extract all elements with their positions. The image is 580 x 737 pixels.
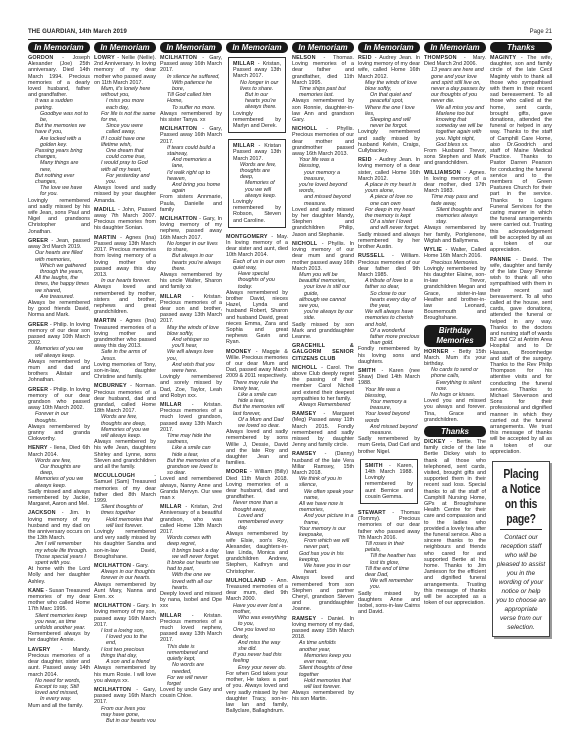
- promo-divider: [500, 529, 542, 530]
- verse-line: you're always by our side.: [299, 309, 354, 321]
- section-header-in-memoriam: In Memoriam: [292, 42, 354, 53]
- notice-body: - Karen, 14th March 1988. Lovingly remem…: [365, 463, 413, 500]
- verse-line: And bring you home again: [167, 182, 222, 194]
- verse-line: A piece of love no one can own: [365, 194, 420, 206]
- notice-name: RUSSELL: [358, 253, 385, 259]
- notice-name: MCILHATTON: [94, 687, 131, 693]
- verse-line: Like a smile can hide a tear,: [233, 392, 288, 404]
- verse-line: Have special thoughts of you today.: [233, 271, 288, 290]
- verse-line: Your life was a blessing,: [299, 157, 354, 169]
- verse-line: Passing years bring changes,: [35, 148, 90, 160]
- verse-line: Forever in our thoughts.: [35, 411, 90, 423]
- verse-line: We will remember you.: [365, 578, 420, 590]
- notice-tail: Sadly remembered by mum Greta, Dad Carl …: [358, 436, 420, 455]
- notice-tail: Always loved and sadly missed by your da…: [94, 185, 156, 204]
- notice-tail: Always loved and remembered by mother, s…: [94, 284, 156, 315]
- verse-line: In silence he suffered,: [167, 74, 222, 80]
- notice-entry: MCILHATTON - Gary, Passed away 16th Marc…: [160, 55, 222, 123]
- notice-name: RAMSEY: [292, 411, 316, 417]
- masthead: THE GUARDIAN, 14th March 2019 Page 21: [28, 28, 552, 40]
- verse-line: But in our hearts you still live on: [101, 718, 156, 722]
- verse-line: With patience he bore,: [167, 80, 222, 92]
- notice-verse: It was a sudden parting.Goodbye was not …: [28, 98, 90, 197]
- notice-entry: MILLAR - Kristan. Precious memories of a…: [160, 402, 222, 501]
- verse-line: Have you ever lost a mother,: [233, 603, 288, 615]
- notice-verse: Silent thoughts of times togetherHold me…: [94, 504, 156, 529]
- notice-verse: If tears could build a stairway,And memo…: [160, 145, 222, 195]
- verse-line: May the winds of love blow softly,: [167, 325, 222, 337]
- notice-name: MCILHATTON: [160, 55, 197, 61]
- notice-entry: MILLAR - Kristan, 2nd Anniversary of a b…: [160, 504, 222, 609]
- notice-verse: No need for words, Except to say, Still …: [28, 678, 90, 703]
- verse-line: Who was everything to you,: [233, 615, 288, 627]
- verse-line: But the memories we have if you,: [35, 123, 90, 135]
- notice-entry: MILLAR - Kristan Passed away 13th March …: [228, 139, 286, 228]
- verse-line: Everything is silent now.: [431, 380, 486, 392]
- notice-entry: STEWART - Thomas (Tommy). Precious memor…: [358, 510, 420, 615]
- verse-line: May the winds of love blow softly,: [365, 80, 420, 92]
- notice-verse: Mum, it's lonely here without you,I miss…: [94, 86, 156, 185]
- notice-verse: No longer in our lives to share.But in o…: [233, 80, 281, 111]
- notice-entry: HORNER - Betty 15th March. Mum it's your…: [424, 349, 486, 423]
- notice-verse: There may rule the lonely tear,Like a sm…: [226, 380, 288, 430]
- column-3: In MemoriamMCILHATTON - Gary, Passed awa…: [160, 42, 222, 722]
- verse-line: your love is still our guide,: [299, 284, 354, 296]
- notice-name: PANNIE: [490, 257, 511, 263]
- verse-line: I loved you to the end,: [101, 634, 156, 646]
- placing-notice-promo: Placing a Notice on this page?Contact ou…: [492, 461, 550, 637]
- verse-line: No need for words, Except to say, Still …: [35, 678, 90, 697]
- notice-tail: Always remembered by brother David, niec…: [226, 290, 288, 346]
- verse-line: But always in our hearts you're always t…: [167, 253, 222, 272]
- notice-tail: Always remembered by granny and granda C…: [28, 424, 90, 443]
- notice-verse: Mum you will be beautiful memories,your …: [292, 272, 354, 322]
- verse-line: Safe in the arms of Jesus.: [101, 349, 156, 361]
- verse-line: For we will never forget: [167, 675, 222, 687]
- verse-line: Where the one I love lies,: [365, 105, 420, 117]
- verse-line: Never more than a thought away,: [233, 500, 288, 512]
- notice-entry: HENRY - Ilena, Died 6th March 2014.Words…: [28, 445, 90, 507]
- notice-tail: Lovingly remembered and sadly missed by …: [28, 198, 90, 235]
- verse-line: Of a sister I loved and will never forge…: [365, 219, 420, 231]
- notice-name: HENRY: [28, 445, 48, 451]
- notice-entry: REID - Audrey Jean. In loving memory of …: [358, 157, 420, 250]
- column-4: In MemoriamMILLAR - Kristan, Passed away…: [226, 42, 288, 722]
- verse-line: But the memories will last forever,: [233, 404, 288, 416]
- notice-verse: Time may pass and fade away,Silent thoug…: [424, 194, 486, 225]
- verse-line: Your loved beyond words: [365, 411, 420, 423]
- verse-line: No words are needed,: [167, 662, 222, 674]
- verse-line: It broke our hearts we had to part,: [167, 560, 222, 572]
- notice-tail: Loved and sadly missed by her daughter M…: [292, 207, 354, 238]
- notice-tail: Always remembered by his mum Rosie. I wi…: [94, 665, 156, 684]
- verse-line: We think of you in silence,: [299, 476, 354, 488]
- notice-name: MILLAR: [160, 402, 182, 408]
- verse-line: Memories of you we will always keep.: [240, 180, 281, 199]
- verse-line: Time may pass and fade away,: [431, 194, 486, 206]
- notice-name: MILLAR: [160, 294, 182, 300]
- notice-entry: MCCULLOUGH - Samuel (Sam) Treasured memo…: [94, 473, 156, 560]
- notice-name: MADILL: [94, 207, 116, 213]
- notice-entry: PANNIE - David. The wife, daughter and f…: [490, 257, 552, 456]
- notice-name: KANE: [28, 588, 44, 594]
- verse-line: All we have now is memories,: [299, 501, 354, 513]
- promo-headline: Placing a Notice on this page?: [501, 466, 541, 526]
- verse-line: Always Remembered: [299, 402, 354, 408]
- notice-verse: A tribute of love to a father so dear,So…: [358, 278, 420, 346]
- notice-tail: At home with the Lord Molly and her daug…: [28, 566, 90, 585]
- notice-name: MCBURNEY: [94, 383, 127, 389]
- section-header-in-memoriam: In Memoriam: [358, 42, 420, 53]
- verse-line: No longer in our lives to share.: [240, 80, 281, 92]
- notice-verse: Time may hide the sadness,Like a smile c…: [160, 433, 222, 476]
- notice-name: MCILHATTON: [94, 563, 131, 569]
- notice-tail: Sadly missed and always remembered by Ja…: [28, 489, 90, 508]
- verse-line: Time ships past but memories last.: [299, 86, 354, 98]
- notice-name: MOONEY: [226, 349, 251, 355]
- notice-name: GORDON: [28, 55, 53, 61]
- notice-entry: SMITH - Karen, 14th March 1988. Lovingly…: [360, 459, 418, 504]
- column-2: In MemoriamLOWRY - Nellie (Nellie). 2nd …: [94, 42, 156, 722]
- notice-tail: Always remembered by his son Martin.: [292, 690, 354, 702]
- verse-line: We will always love you,: [167, 349, 222, 361]
- notice-verse: 13 years are here and gone and your love…: [424, 67, 486, 148]
- verse-line: Till roses in their petals,: [365, 541, 420, 553]
- notice-verse: Each of us in our own quiet way,Have spe…: [226, 259, 288, 290]
- notice-entry: MILLAR - Kristan. Precious memories of a…: [160, 613, 222, 700]
- verse-line: And whisper so you'll hear,: [167, 337, 222, 349]
- verse-line: The love we have for you.: [35, 185, 90, 197]
- notice-verse: Words are few, thoughts are deep, Memori…: [94, 414, 156, 439]
- notice-entry: JACKSON - Jim. In loving memory of my hu…: [28, 510, 90, 584]
- notice-verse: A place in my heart is yours alone,A pie…: [358, 182, 420, 232]
- notice-name: NELSON: [292, 55, 316, 61]
- column-7: In MemoriamTHOMPSON - Mary. Died March 2…: [424, 42, 486, 722]
- verse-line: I lost two precious things that day,: [101, 647, 156, 659]
- verse-line: For life is not the same for me,: [101, 111, 156, 123]
- verse-line: With the one we loved with all our heart…: [167, 572, 222, 591]
- verse-line: Since you were called away,: [101, 123, 156, 135]
- verse-line: There may rule the lonely tear,: [233, 380, 288, 392]
- notice-tail: Loved and remembered always, Nanny Anne …: [160, 476, 222, 501]
- verse-line: Are locked with a golden key.: [35, 136, 90, 148]
- verse-line: Silent thoughts of time together: [299, 665, 354, 677]
- verse-line: Silent memories keep you near, as time u…: [35, 613, 90, 632]
- verse-line: It was a sudden parting.: [35, 98, 90, 110]
- notice-name: MULHOLLAND: [226, 578, 266, 584]
- notice-entry: MCBURNEY - Norman. Precious memories of …: [94, 383, 156, 470]
- verse-line: Mum, it's lonely here without you,: [101, 86, 156, 98]
- verse-line: Loved and remembered every day.: [233, 513, 288, 532]
- verse-line: All the laughs, the times, the happy tim…: [35, 275, 90, 294]
- notice-tail: Always loved and sadly remembered by son…: [226, 429, 288, 466]
- verse-line: Of a wonderful father more precious than…: [365, 328, 420, 347]
- notice-tail: Always loved and remembered from son Ste…: [292, 575, 354, 612]
- notice-tail: Always remembered by his sister Tanya. x…: [160, 111, 222, 123]
- notice-name: MILLAR: [160, 613, 182, 619]
- verse-line: Our thoughts are deep,: [35, 464, 90, 476]
- verse-line: So close to our hearts every day of the …: [365, 291, 420, 310]
- notice-tail: Always remembered by son Ronnie, daughte…: [292, 98, 354, 123]
- notice-name: MILLAR: [233, 143, 255, 149]
- notice-name: MARTIN: [94, 235, 116, 241]
- notice-name: STEWART: [358, 510, 386, 516]
- notice-tail: Loved you and missed you always and fore…: [424, 398, 486, 423]
- notice-tail: Lovingly remembered and sadly missed by …: [358, 129, 420, 154]
- notice-body: - Bertie. The family circle of the late …: [424, 439, 486, 606]
- verse-line: your memory a treasure,: [299, 170, 354, 182]
- notice-entry: MONTGOMERY - May. In loving memory of a …: [226, 234, 288, 346]
- notice-verse: Never more than a thought away,Loved and…: [226, 500, 288, 531]
- notice-entry: RAMSEY - Margaret (Meg) Passed away 11th…: [292, 411, 354, 448]
- verse-line: Always in our thoughts forever in our he…: [101, 569, 156, 581]
- notice-entry: MARTIN - Agnes (Ina) Passed away 13th Ma…: [94, 235, 156, 316]
- verse-line: Time may hide the sadness,: [167, 433, 222, 445]
- verse-line: And miss the way she did.: [233, 640, 288, 652]
- section-header-thanks: Thanks: [424, 426, 486, 437]
- verse-line: And missed beyond measure.: [365, 424, 420, 436]
- notice-verse: Our hearts are filled with memories,Whic…: [28, 250, 90, 300]
- notice-entry: MCILHATTON - Gary, passed away 16th Marc…: [94, 687, 156, 722]
- notice-name: THOMPSON: [424, 55, 457, 61]
- verse-line: We often speak your name,: [299, 489, 354, 501]
- notice-verse: Have you ever lost a mother,Who was ever…: [226, 603, 288, 671]
- verse-line: although we cannot see you,: [299, 297, 354, 309]
- notice-name: GRACEHILL & GALGORM SENIOR CITIZENS CLUB: [292, 343, 354, 361]
- notice-entry: WYLIE - Walter, Called Home 16th March 2…: [424, 247, 486, 321]
- notice-body: - The wife, daughter, son and family cir…: [490, 55, 552, 253]
- notice-name: REID: [358, 55, 372, 61]
- verse-line: Till the end of time dear Dad,: [365, 566, 420, 578]
- notice-name: LOWRY: [94, 55, 115, 61]
- notice-entry: MULHOLLAND - Ann. Treasured memories of …: [226, 578, 288, 714]
- column-5: In MemoriamNELSON - Thomas. Loving memor…: [292, 42, 354, 722]
- verse-line: If tears could build a stairway,: [167, 145, 222, 157]
- verse-line: From our lives you may have gone,: [101, 706, 156, 718]
- notice-entry: NICHOLL - Phyllis. In loving memory of o…: [292, 241, 354, 340]
- notice-tail: From sisters Annmarie, Paula, Danielle a…: [160, 194, 222, 213]
- notice-name: MCILHATTON: [94, 603, 131, 609]
- section-header-in-memoriam: In Memoriam: [28, 42, 90, 53]
- notice-tail: Always remembered by wife Elsie, son's R…: [226, 531, 288, 574]
- verse-line: If I could have one lifetime wish,: [101, 136, 156, 148]
- section-header-birthday: Birthday Memories: [424, 325, 486, 347]
- verse-line: Words are few, thoughts are deep, Memori…: [101, 414, 156, 439]
- verse-line: Memories of you we will always keep.: [35, 346, 90, 358]
- notice-verse: Words are few, thoughts are deep,Memorie…: [233, 162, 281, 199]
- promo-body: Contact our reception staff who will be …: [496, 533, 546, 632]
- notice-entry: MCILHATTON - Gary, In loving memory of m…: [160, 216, 222, 290]
- notice-verse: Forever in our thoughts.: [28, 411, 90, 423]
- verse-line: Hold memories that will last forever.: [299, 678, 354, 690]
- notice-tail: Always remembered by his uncle Walter, S…: [160, 272, 222, 291]
- verse-line: To suffer no more.: [167, 105, 222, 111]
- verse-line: And wish that you were here.: [167, 362, 222, 374]
- notice-verse: Memories of you we will always keep.: [28, 346, 90, 358]
- notice-tail: Deeply loved and missed by nana, Isobel …: [160, 591, 222, 610]
- notice-entry: LOWRY - Nellie (Nellie). 2nd Anniversary…: [94, 55, 156, 204]
- notice-name: GREER: [28, 322, 48, 328]
- notice-entry: MOONEY - Maggie & Willie. Precious memor…: [226, 349, 288, 467]
- notice-entry: DICKEY - Bertie. The family circle of th…: [424, 439, 486, 606]
- verse-line: But in our hearts you're always there.: [240, 92, 281, 111]
- newspaper-title: THE GUARDIAN, 14th March 2019: [28, 29, 127, 35]
- notice-entry: GREER - Philip. In loving memory of our …: [28, 322, 90, 384]
- notice-name: SMITH: [365, 463, 383, 469]
- verse-line: Envy your never do.: [233, 665, 288, 671]
- verse-line: Like a smile can hide a tear,: [167, 445, 222, 457]
- notice-tail: Loved by uncle Gary and cousin Chloe.: [160, 687, 222, 699]
- notice-name: MILLAR: [233, 61, 255, 67]
- notice-entry: NICHOLL - Phyllis. Precious memories of …: [292, 126, 354, 238]
- notice-verse: Time ships past but memories last.: [292, 86, 354, 98]
- notice-entry: MCILHATTON - Gary, Passed away 16th Marc…: [160, 126, 222, 213]
- verse-line: I would pray to God with all my heart,: [101, 160, 156, 172]
- notice-name: LAVERY: [28, 647, 50, 653]
- notice-verse: Always in our thoughts forever in our he…: [94, 569, 156, 581]
- verse-line: We have you in our heart.: [299, 563, 354, 575]
- notice-verse: Your life was a blessing,your memory a t…: [292, 157, 354, 207]
- section-header-in-memoriam: In Memoriam: [424, 42, 486, 53]
- notice-body: - David. The wife, daughter and family o…: [490, 257, 552, 455]
- notice-name: MCILHATTON: [160, 216, 197, 222]
- verse-line: A tribute of love to a father so dear,: [365, 278, 420, 290]
- section-header-thanks: Thanks: [490, 42, 552, 53]
- notice-name: MOORE: [226, 469, 247, 475]
- notice-name: MARTIN: [94, 318, 116, 324]
- notice-entry: WILLIAMSON - Agnes. In loving memory of …: [424, 170, 486, 244]
- verse-line: Your life was a blessing,: [365, 387, 420, 399]
- notice-entry: GRACEHILL & GALGORM SENIOR CITIZENS CLUB: [292, 343, 354, 362]
- verse-line: and missed beyond measure.: [299, 194, 354, 206]
- notice-tail: For when God takes your mother, He takes…: [226, 671, 288, 714]
- notice-entry: LAVERY - Mandy. Precious memories of a d…: [28, 647, 90, 709]
- notice-verse: As time unfolds another year,Memories ke…: [292, 640, 354, 690]
- notice-name: MCILHATTON: [160, 126, 197, 132]
- notice-tail: Always remembered by his wife Jean, daug…: [94, 439, 156, 470]
- notice-entry: REID - Audrey Jean. In loving memory of …: [358, 55, 420, 154]
- notice-name: WILLIAMSON: [424, 170, 461, 176]
- verse-line: Words are few, thoughts are deep,: [240, 162, 281, 181]
- column-8: ThanksMAGINTY - The wife, daughter, son …: [490, 42, 552, 722]
- column-1: In MemoriamGORDON - Joseph Alexander (Jo…: [28, 42, 90, 722]
- notice-entry: MARTIN - Agnes (Ina) Treasured memories …: [94, 318, 156, 380]
- notice-entry: MCILHATTON - Gary.Always in our thoughts…: [94, 563, 156, 600]
- notice-entry: SMITH - Karen (nee Shaw) Died 14th March…: [358, 368, 420, 455]
- notice-name: DICKEY: [424, 439, 446, 445]
- notice-body: - Carol. The above Club deeply regret th…: [292, 365, 354, 402]
- verse-line: Jim I will remember my whole life throug…: [35, 541, 90, 566]
- verse-line: We will always have memories to cherish …: [365, 309, 420, 328]
- verse-line: But nothing ever changes,: [35, 173, 90, 185]
- notice-name: MILLAR: [160, 504, 182, 510]
- notice-body: - Gary.: [131, 563, 149, 569]
- notice-tail: Mum and all the family.: [28, 703, 90, 709]
- notice-verse: Words are few,Our thoughts are deep,Memo…: [28, 458, 90, 489]
- notice-tail: Loving memories of Tony, son-in-law, dau…: [94, 362, 156, 381]
- notice-verse: Silent memories keep you near, as time u…: [28, 613, 90, 632]
- notice-name: MAGINTY: [490, 55, 516, 61]
- verse-line: Each of us in our own quiet way,: [233, 259, 288, 271]
- notice-tail: From Husband Trevor, sons Stephen and Ma…: [424, 148, 486, 167]
- column-6: In MemoriamREID - Audrey Jean. In loving…: [358, 42, 420, 722]
- notice-tail: Sadly missed by daughters Anne and Isobe…: [358, 591, 420, 616]
- verse-line: If you never had this feeling: [233, 652, 288, 664]
- verse-line: No longer in our lives to share,: [167, 241, 222, 253]
- notice-tail: Lovingly remembered and very sadly misse…: [94, 529, 156, 560]
- verse-line: Till God called him Home,: [167, 92, 222, 104]
- verse-line: Of a Mum and Dad we loved so dear.: [233, 417, 288, 429]
- notice-name: HORNER: [424, 349, 449, 355]
- verse-line: I miss you more each day,: [101, 98, 156, 110]
- verse-line: We all miss you and Marlene too but know…: [431, 105, 486, 148]
- notice-entry: GREER - Jean, passed away 3rd March 2019…: [28, 238, 90, 319]
- notice-verse: No longer in our lives to share,But alwa…: [160, 241, 222, 272]
- verse-line: Your memory is our keepsake,: [299, 526, 354, 538]
- notice-verse: Words comes with deep regret,It brings b…: [160, 535, 222, 591]
- notice-entry: GORDON - Joseph Alexander (Joe) 25th ann…: [28, 55, 90, 235]
- notice-entry: MOORE - William (Billy) Died 11th March …: [226, 469, 288, 574]
- verse-line: I'd walk right up to heaven,: [167, 170, 222, 182]
- notice-verse: In silence he suffered,With patience he …: [160, 74, 222, 111]
- notice-name: WYLIE: [424, 247, 442, 253]
- section-header-in-memoriam: In Memoriam: [160, 42, 222, 53]
- verse-line: God has you in his keeping,: [299, 551, 354, 563]
- notice-entry: MCILHATTON - Gary. In loving memory of m…: [94, 603, 156, 684]
- verse-line: It brings back a day we will never forge…: [167, 548, 222, 560]
- notice-tail: Always remembered by mum and dad and bro…: [28, 359, 90, 384]
- verse-line: Your memory a treasure,: [365, 399, 420, 411]
- notice-name: JACKSON: [28, 510, 56, 516]
- notice-entry: RUSSELL - William. Precious memories of …: [358, 253, 420, 365]
- notice-name: GREER: [28, 238, 48, 244]
- verse-line: One dream that could come true,: [101, 148, 156, 160]
- notice-tail: Always remembered by her family, Portgle…: [424, 225, 486, 244]
- verse-line: As time unfolds another year,: [299, 640, 354, 652]
- verse-line: Silent thoughts of times together: [101, 504, 156, 516]
- notice-name: MONTGOMERY: [226, 234, 268, 240]
- notice-verse: No cards to send or phone calls,Everythi…: [424, 367, 486, 398]
- notice-name: NICHOLL: [292, 365, 317, 371]
- verse-line: Silent thoughts and memories always stay…: [431, 207, 486, 226]
- verse-line: This date is remembered and quietly kept…: [167, 644, 222, 663]
- notice-verse: May the winds of love blow softly,And wh…: [160, 325, 222, 375]
- notice-verse: Safe in the arms of Jesus.: [94, 349, 156, 361]
- page-number: Page 21: [530, 29, 552, 35]
- verse-line: For deep in my heart the memory is kept: [365, 207, 420, 219]
- notice-verse: We think of you in silence,We often spea…: [292, 476, 354, 575]
- notice-entry: KANE - Susan Treasured memories of my de…: [28, 588, 90, 644]
- notice-entry: MILLAR - Kristan. Precious memories of a…: [160, 294, 222, 399]
- notice-entry: THOMPSON - Mary. Died March 2nd 2006.13 …: [424, 55, 486, 167]
- verse-line: And memories a lane,: [167, 157, 222, 169]
- notice-columns: In MemoriamGORDON - Joseph Alexander (Jo…: [28, 42, 552, 722]
- notice-tail: Lovingly remembered by his daughter Elai…: [424, 266, 486, 322]
- verse-line: A place in my heart is yours alone,: [365, 182, 420, 194]
- notice-entry: NICHOLL - Carol. The above Club deeply r…: [292, 365, 354, 408]
- notice-verse: From our lives you may have gone,But in …: [94, 706, 156, 722]
- verse-line: Many things are new,: [35, 160, 90, 172]
- section-header-in-memoriam: In Memoriam: [94, 42, 156, 53]
- notice-verse: Always Remembered: [292, 402, 354, 408]
- verse-line: But the memories of a grandson we loved …: [167, 458, 222, 477]
- notice-tail: Fondly remembered by his loving sons and…: [358, 346, 420, 365]
- notice-verse: Jim I will remember my whole life throug…: [28, 541, 90, 566]
- verse-line: For yesterday and you.: [101, 173, 156, 185]
- verse-line: One you loved so dearly,: [233, 627, 288, 639]
- notice-body: - Margaret (Meg) Passed away 11th March …: [292, 411, 354, 448]
- verse-line: And your picture in a frame,: [299, 513, 354, 525]
